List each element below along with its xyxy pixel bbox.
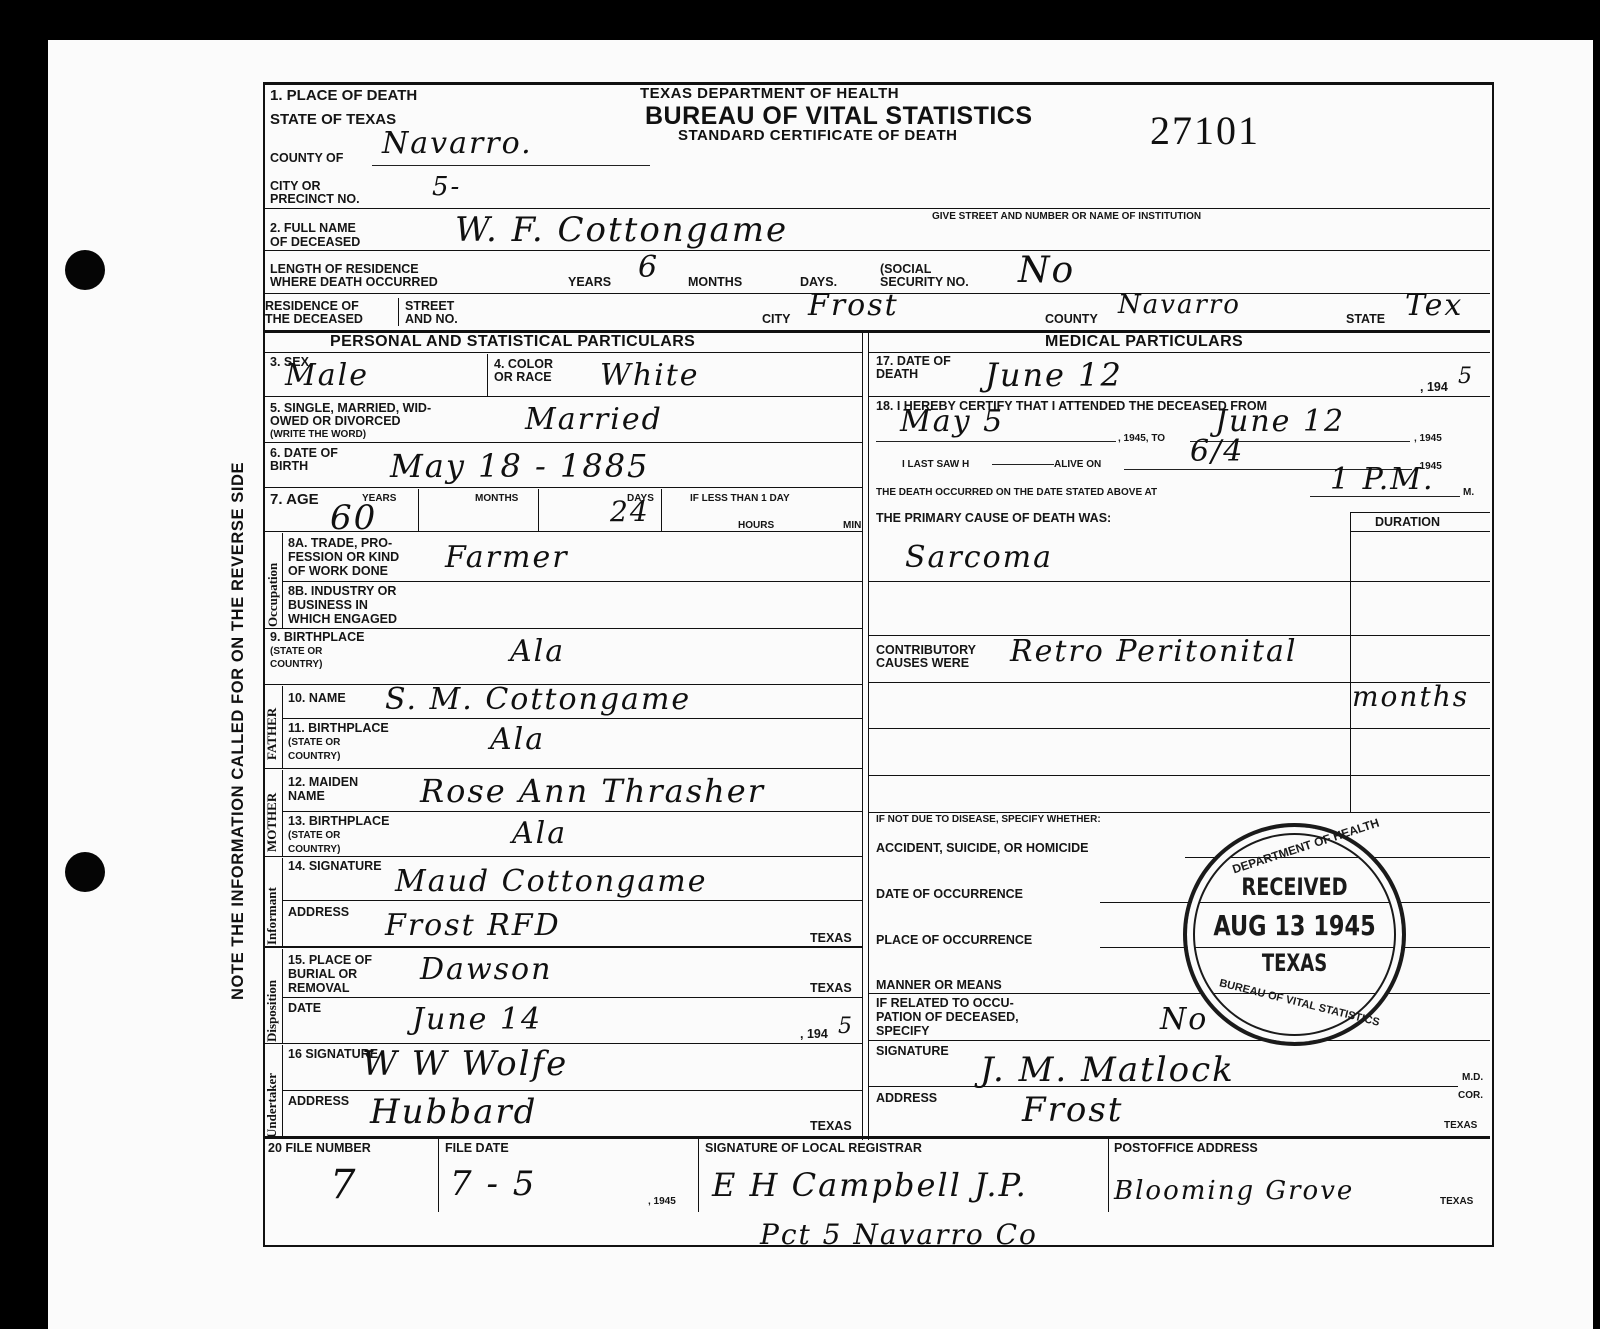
- mother-birthplace-label-2: (STATE OR: [288, 830, 340, 841]
- dod-label-2: DEATH: [876, 368, 918, 381]
- informant-texas-label: TEXAS: [810, 932, 852, 945]
- row-divider: [263, 856, 863, 857]
- deceased-name-value: W. F. Cottongame: [455, 210, 788, 250]
- trade-label-3: OF WORK DONE: [288, 565, 388, 578]
- father-birthplace-value: Ala: [490, 722, 545, 757]
- row-divider: [282, 581, 863, 582]
- mother-name-label-1: 12. MAIDEN: [288, 776, 358, 789]
- punch-hole-bottom: [65, 852, 105, 892]
- undertaker-sig-value: W W Wolfe: [362, 1044, 568, 1084]
- occupation-related-label-1: IF RELATED TO OCCU-: [876, 997, 1014, 1010]
- state-of-texas-label: STATE OF TEXAS: [270, 112, 396, 128]
- cell-divider: [538, 489, 539, 531]
- disposition-side-label: Disposition: [264, 980, 280, 1042]
- cell-divider: [487, 354, 488, 396]
- months-label: MONTHS: [688, 276, 742, 289]
- father-birthplace-label-2: (STATE OR: [288, 737, 340, 748]
- row-divider: [868, 728, 1490, 729]
- punch-hole-top: [65, 250, 105, 290]
- row-divider: [263, 442, 863, 443]
- cor-label: COR.: [1458, 1090, 1483, 1101]
- row-divider: [263, 396, 863, 397]
- stamp-date: AUG 13 1945: [1209, 909, 1381, 942]
- received-stamp: DEPARTMENT OF HEALTH RECEIVED AUG 13 194…: [1183, 823, 1406, 1046]
- row-divider: [868, 775, 1490, 776]
- undertaker-texas-label: TEXAS: [810, 1120, 852, 1133]
- stamp-received: RECEIVED: [1209, 873, 1381, 901]
- md-label: M.D.: [1462, 1072, 1483, 1083]
- full-name-label-2: OF DECEASED: [270, 236, 360, 249]
- duration-value: months: [1352, 680, 1469, 713]
- death-time-label: THE DEATH OCCURRED ON THE DATE STATED AB…: [876, 487, 1157, 498]
- section-divider: [263, 1136, 1490, 1139]
- marital-label-3: (WRITE THE WORD): [270, 429, 366, 440]
- row-divider: [263, 352, 863, 353]
- dob-label-2: BIRTH: [270, 460, 308, 473]
- cell-divider: [438, 1138, 439, 1212]
- file-date-year: , 1945: [648, 1196, 676, 1207]
- occupation-related-label-3: SPECIFY: [876, 1025, 930, 1038]
- local-registrar-value: E H Campbell J.P.: [712, 1166, 1028, 1204]
- ssn-value: No: [1018, 250, 1075, 291]
- registrar-texas-label: TEXAS: [1440, 1196, 1473, 1207]
- county-underline: [372, 165, 650, 166]
- cell-divider: [661, 489, 662, 531]
- row-divider: [1350, 531, 1490, 532]
- place-of-death-label: 1. PLACE OF DEATH: [270, 88, 417, 104]
- city-value: Frost: [808, 288, 899, 323]
- sex-value: Male: [285, 358, 369, 393]
- file-date-label: FILE DATE: [445, 1142, 509, 1155]
- attended-from-value: May 5: [900, 404, 1004, 439]
- row-divider: [263, 628, 863, 629]
- trade-label-1: 8A. TRADE, PRO-: [288, 537, 392, 550]
- industry-label-2: BUSINESS IN: [288, 599, 368, 612]
- contributory-value: Retro Peritonital: [1010, 634, 1297, 669]
- months-value: 6: [638, 250, 659, 285]
- row-divider: [282, 811, 863, 812]
- row-divider: [868, 581, 1490, 582]
- burial-label-2: BURIAL OR: [288, 968, 357, 981]
- race-label-2: OR RACE: [494, 371, 552, 384]
- last-saw-label: I LAST SAW H: [902, 459, 969, 470]
- stamp-state: TEXAS: [1214, 949, 1375, 977]
- burial-texas-label: TEXAS: [810, 982, 852, 995]
- postoffice-label: POSTOFFICE ADDRESS: [1114, 1142, 1258, 1155]
- county-label: COUNTY: [1045, 313, 1098, 326]
- row-divider: [1350, 512, 1490, 513]
- cell-divider: [698, 1138, 699, 1212]
- stamp-bottom-arc: BUREAU OF VITAL STATISTICS: [1218, 977, 1381, 1029]
- min-label: MIN: [843, 520, 861, 531]
- industry-label-1: 8B. INDUSTRY OR: [288, 585, 396, 598]
- father-side-label: FATHER: [264, 708, 280, 760]
- age-years-value: 60: [330, 498, 377, 538]
- file-date-value: 7 - 5: [450, 1164, 536, 1204]
- side-divider: [282, 686, 283, 768]
- manner-label: MANNER OR MEANS: [876, 979, 1002, 992]
- row-divider: [263, 768, 863, 769]
- occurrence-place-label: PLACE OF OCCURRENCE: [876, 934, 1032, 947]
- marital-label-2: OWED OR DIVORCED: [270, 415, 401, 428]
- side-divider: [282, 1045, 283, 1137]
- side-divider: [282, 858, 283, 946]
- informant-addr-value: Frost RFD: [385, 908, 561, 943]
- marital-value: Married: [525, 402, 663, 437]
- informant-sig-label: 14. SIGNATURE: [288, 860, 382, 873]
- county-of-label: COUNTY OF: [270, 152, 343, 165]
- row-divider: [282, 997, 863, 998]
- burial-date-label: DATE: [288, 1002, 321, 1015]
- age-days-value: 24: [610, 495, 650, 528]
- birthplace-value: Ala: [510, 634, 565, 669]
- primary-cause-label: THE PRIMARY CAUSE OF DEATH WAS:: [876, 512, 1111, 525]
- street-label-2: AND NO.: [405, 313, 458, 326]
- city-label: CITY: [762, 313, 790, 326]
- burial-date-value: June 14: [412, 1002, 542, 1037]
- bracket: [398, 298, 399, 326]
- row-divider: [868, 352, 1490, 353]
- residence-length-label-2: WHERE DEATH OCCURRED: [270, 276, 438, 289]
- not-disease-label: IF NOT DUE TO DISEASE, SPECIFY WHETHER:: [876, 814, 1101, 825]
- row-divider: [868, 1040, 1490, 1041]
- row-divider: [868, 812, 1490, 813]
- alive-on-label: ALIVE ON: [1054, 459, 1101, 470]
- attended-from-year: , 1945, TO: [1118, 433, 1165, 444]
- less-than-day-label: IF LESS THAN 1 DAY: [690, 493, 790, 504]
- burial-label-1: 15. PLACE OF: [288, 954, 372, 967]
- contributory-label-2: CAUSES WERE: [876, 657, 969, 670]
- age-label: 7. AGE: [270, 492, 319, 508]
- informant-side-label: Informant: [264, 887, 280, 945]
- duration-label: DURATION: [1375, 516, 1440, 529]
- row-divider: [282, 900, 863, 901]
- undertaker-side-label: Undertaker: [264, 1073, 280, 1138]
- father-name-value: S. M. Cottongame: [385, 682, 691, 717]
- dod-value: June 12: [985, 356, 1123, 394]
- mother-name-label-2: NAME: [288, 790, 325, 803]
- column-divider: [868, 333, 869, 1140]
- row-divider: [263, 946, 863, 948]
- row-divider: [868, 1086, 1458, 1087]
- burial-label-3: REMOVAL: [288, 982, 350, 995]
- registrar-annotation: Pct 5 Navarro Co: [760, 1218, 1038, 1251]
- precinct-label-2: PRECINCT NO.: [270, 193, 360, 206]
- mother-side-label: MOTHER: [264, 793, 280, 852]
- informant-sig-value: Maud Cottongame: [395, 864, 707, 899]
- trade-value: Farmer: [445, 540, 569, 575]
- side-divider: [282, 770, 283, 856]
- attended-to-year: , 1945: [1414, 433, 1442, 444]
- dob-value: May 18 - 1885: [390, 447, 649, 485]
- birthplace-label-3: COUNTRY): [270, 659, 322, 670]
- occupation-related-label-2: PATION OF DECEASED,: [876, 1011, 1019, 1024]
- row-divider: [868, 396, 1490, 397]
- industry-label-3: WHICH ENGAGED: [288, 613, 397, 626]
- physician-addr-label: ADDRESS: [876, 1092, 937, 1105]
- underline: [876, 441, 1116, 442]
- residence-label-2: THE DECEASED: [265, 313, 363, 326]
- cell-divider: [418, 489, 419, 531]
- postoffice-value: Blooming Grove: [1114, 1176, 1354, 1206]
- state-label: STATE: [1346, 313, 1385, 326]
- underline: [992, 464, 1054, 465]
- institution-note: GIVE STREET AND NUMBER OR NAME OF INSTIT…: [932, 211, 1201, 222]
- physician-addr-value: Frost: [1022, 1090, 1123, 1130]
- burial-value: Dawson: [420, 952, 552, 987]
- mother-name-value: Rose Ann Thrasher: [420, 772, 765, 810]
- cell-divider: [1108, 1138, 1109, 1212]
- full-name-label-1: 2. FULL NAME: [270, 222, 356, 235]
- side-divider: [282, 949, 283, 1043]
- local-registrar-label: SIGNATURE OF LOCAL REGISTRAR: [705, 1142, 922, 1155]
- row-divider: [282, 718, 863, 719]
- race-value: White: [600, 358, 700, 393]
- burial-year-prefix: , 194: [800, 1028, 828, 1041]
- row-divider: [282, 1090, 863, 1091]
- hours-label: HOURS: [738, 520, 774, 531]
- row-divider: [263, 487, 863, 488]
- row-divider: [263, 208, 1490, 209]
- trade-label-2: FESSION OR KIND: [288, 551, 399, 564]
- age-months-label: MONTHS: [475, 493, 518, 504]
- precinct-value: 5-: [432, 172, 461, 202]
- mother-birthplace-value: Ala: [512, 816, 567, 851]
- physician-sig-label: SIGNATURE: [876, 1045, 949, 1058]
- father-name-label: 10. NAME: [288, 692, 346, 705]
- primary-cause-value: Sarcoma: [905, 540, 1053, 575]
- informant-addr-label: ADDRESS: [288, 906, 349, 919]
- dod-year-suffix: 5: [1458, 364, 1474, 389]
- personal-section-title: PERSONAL AND STATISTICAL PARTICULARS: [330, 333, 695, 351]
- years-label: YEARS: [568, 276, 611, 289]
- county-res-value: Navarro: [1118, 290, 1241, 320]
- father-birthplace-label-1: 11. BIRTHPLACE: [288, 722, 389, 735]
- physician-texas-label: TEXAS: [1444, 1120, 1477, 1131]
- father-birthplace-label-3: COUNTRY): [288, 751, 340, 762]
- row-divider: [263, 531, 863, 532]
- undertaker-addr-value: Hubbard: [370, 1092, 537, 1132]
- occupation-side-label: Occupation: [265, 563, 281, 627]
- birthplace-label-2: (STATE OR: [270, 646, 322, 657]
- dod-year-prefix: , 194: [1420, 381, 1448, 394]
- undertaker-addr-label: ADDRESS: [288, 1095, 349, 1108]
- county-value: Navarro.: [382, 126, 533, 161]
- mother-birthplace-label-3: COUNTRY): [288, 844, 340, 855]
- last-saw-value: 6/4: [1190, 434, 1244, 469]
- accident-label: ACCIDENT, SUICIDE, OR HOMICIDE: [876, 842, 1089, 855]
- m-label: M.: [1463, 487, 1474, 498]
- mother-birthplace-label-1: 13. BIRTHPLACE: [288, 815, 389, 828]
- occupation-related-value: No: [1160, 1002, 1208, 1037]
- file-number-label: 20 FILE NUMBER: [268, 1142, 371, 1155]
- column-divider: [862, 333, 863, 1140]
- row-divider: [868, 993, 1490, 994]
- file-number-value: 7: [330, 1162, 357, 1208]
- row-divider: [868, 682, 1490, 683]
- row-divider: [263, 250, 1490, 251]
- death-time-value: 1 P.M.: [1330, 462, 1435, 497]
- state-value: Tex: [1405, 288, 1463, 323]
- physician-sig-value: J. M. Matlock: [980, 1050, 1235, 1090]
- occurrence-date-label: DATE OF OCCURRENCE: [876, 888, 1023, 901]
- medical-section-title: MEDICAL PARTICULARS: [1045, 333, 1243, 351]
- reverse-side-note: NOTE THE INFORMATION CALLED FOR ON THE R…: [229, 462, 248, 1000]
- duration-column-divider: [1350, 512, 1351, 812]
- burial-year-suffix: 5: [838, 1014, 854, 1039]
- birthplace-label-1: 9. BIRTHPLACE: [270, 631, 364, 644]
